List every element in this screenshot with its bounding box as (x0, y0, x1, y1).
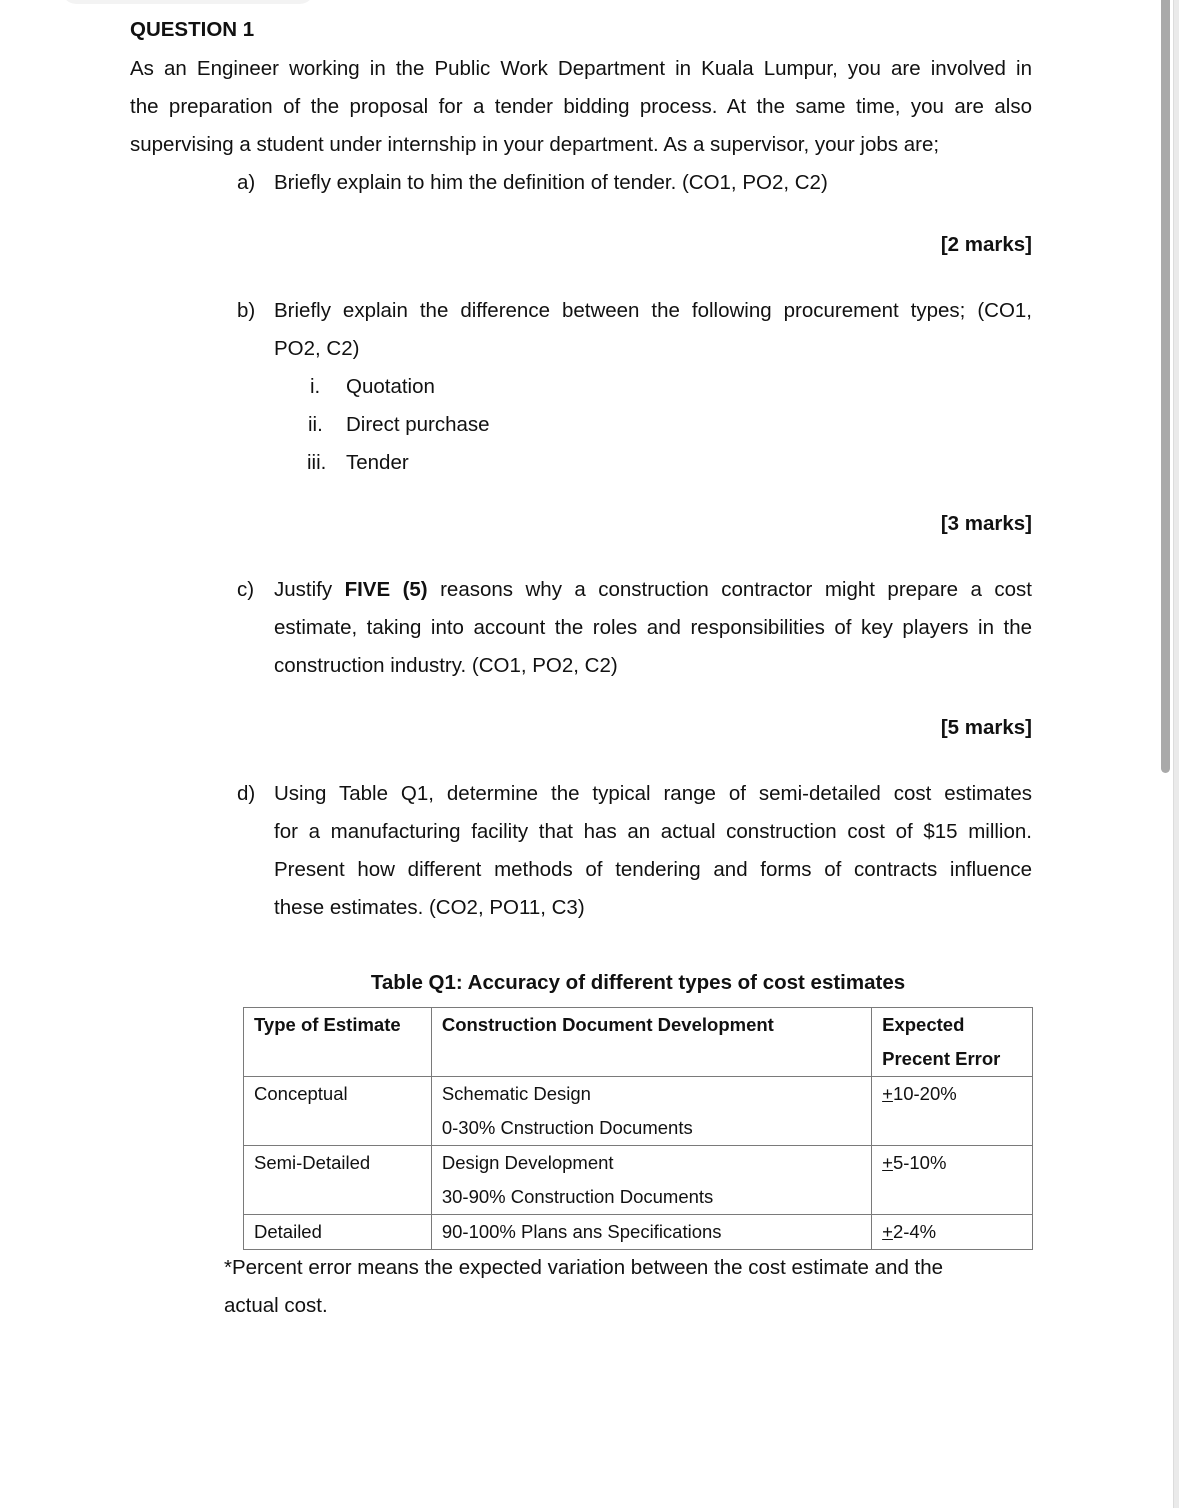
part-b-line-2: PO2, C2) (274, 337, 359, 361)
table-row: Semi-Detailed Design Development30-90% C… (244, 1146, 1033, 1215)
part-b-item-1-text: Quotation (346, 375, 435, 399)
part-c-emphasis: FIVE (5) (345, 578, 428, 601)
intro-line-1: As an Engineer working in the Public Wor… (130, 57, 1032, 81)
header-type: Type of Estimate (244, 1008, 432, 1077)
header-document: Construction Document Development (431, 1008, 871, 1077)
header-error: ExpectedPrecent Error (872, 1008, 1033, 1077)
part-a-marks: [2 marks] (941, 233, 1032, 257)
part-c-marks: [5 marks] (941, 716, 1032, 740)
table-row: Detailed 90-100% Plans ans Specification… (244, 1215, 1033, 1250)
estimate-accuracy-table: Type of Estimate Construction Document D… (243, 1007, 1033, 1250)
part-c-line-1: Justify FIVE (5) reasons why a construct… (274, 578, 1032, 602)
cell-type: Detailed (244, 1215, 432, 1250)
table-caption: Table Q1: Accuracy of different types of… (243, 971, 1033, 995)
part-c-line-1-post: reasons why a construction contractor mi… (428, 578, 1032, 601)
table-note-line-2: actual cost. (224, 1294, 328, 1318)
part-b-item-2-num: ii. (308, 413, 323, 437)
intro-line-2: the preparation of the proposal for a te… (130, 95, 1032, 119)
question-title: QUESTION 1 (130, 18, 254, 42)
part-c-line-2: estimate, taking into account the roles … (274, 616, 1032, 640)
table-header-row: Type of Estimate Construction Document D… (244, 1008, 1033, 1077)
cell-document: Design Development30-90% Construction Do… (431, 1146, 871, 1215)
cell-error: +2-4% (872, 1215, 1033, 1250)
intro-line-3: supervising a student under internship i… (130, 133, 1032, 157)
scrollbar-thumb[interactable] (1161, 0, 1170, 773)
part-b-label: b) (237, 299, 255, 323)
scrollbar-track[interactable] (1173, 0, 1179, 1508)
part-d-line-4: these estimates. (CO2, PO11, C3) (274, 896, 585, 920)
part-c-line-1-pre: Justify (274, 578, 345, 601)
part-a-label: a) (237, 171, 255, 195)
cell-error: +5-10% (872, 1146, 1033, 1215)
part-d-label: d) (237, 782, 255, 806)
part-c-line-3: construction industry. (CO1, PO2, C2) (274, 654, 618, 678)
part-a-text: Briefly explain to him the definition of… (274, 171, 828, 195)
table-row: Conceptual Schematic Design0-30% Cnstruc… (244, 1077, 1033, 1146)
cell-document: 90-100% Plans ans Specifications (431, 1215, 871, 1250)
part-b-line-1: Briefly explain the difference between t… (274, 299, 1032, 323)
part-b-item-1-num: i. (310, 375, 320, 399)
part-d-line-1: Using Table Q1, determine the typical ra… (274, 782, 1032, 806)
table-note-line-1: *Percent error means the expected variat… (224, 1256, 943, 1280)
part-b-item-3-num: iii. (307, 451, 326, 475)
part-c-label: c) (237, 578, 254, 602)
cell-type: Conceptual (244, 1077, 432, 1146)
cell-error: +10-20% (872, 1077, 1033, 1146)
part-b-item-3-text: Tender (346, 451, 409, 475)
part-d-line-2: for a manufacturing facility that has an… (274, 820, 1032, 844)
part-d-line-3: Present how different methods of tenderi… (274, 858, 1032, 882)
cell-document: Schematic Design0-30% Cnstruction Docume… (431, 1077, 871, 1146)
top-tab-shadow (62, 0, 314, 4)
part-b-item-2-text: Direct purchase (346, 413, 490, 437)
part-b-marks: [3 marks] (941, 512, 1032, 536)
cell-type: Semi-Detailed (244, 1146, 432, 1215)
